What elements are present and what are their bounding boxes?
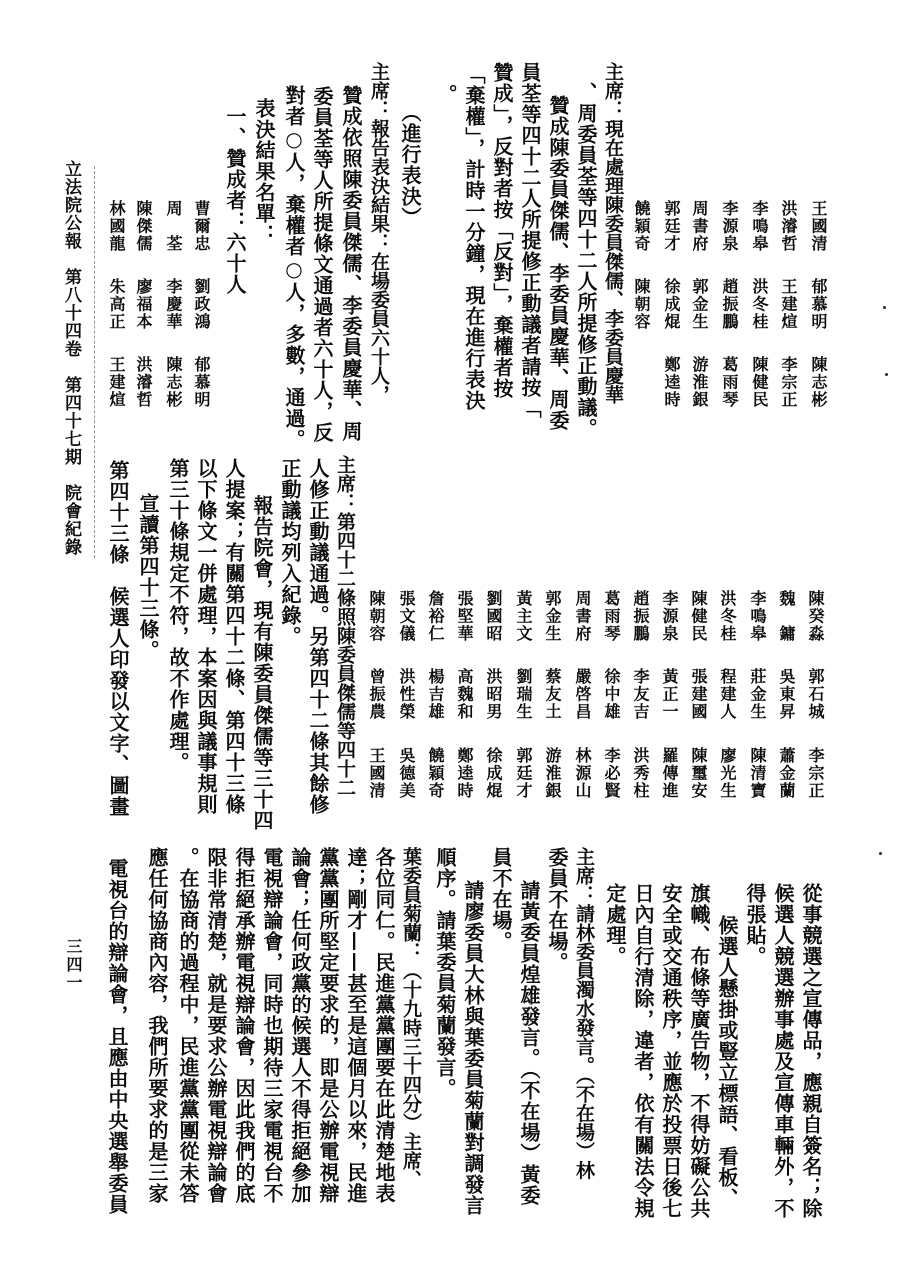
text-column: 應任何協商內容，我們所要求的是三家 [143, 847, 172, 1204]
text-column: 從事競選之宣傳品，應親自簽名；除 [797, 883, 826, 1219]
text-column: 電視辯論會，同時也期待三家電視台不 [258, 847, 287, 1204]
text-column: 安全或交通秩序，並應於投票日後七 [657, 883, 686, 1219]
text-column: 順序。請葉委員菊蘭發言。 [431, 847, 460, 1099]
text-column: 電視台的辯論會，且應由中央選舉委員 [103, 858, 132, 1215]
text-column: 達；剛才——甚至是這個月以來，民進 [342, 847, 371, 1204]
text-column: 各位同仁。民進黨黨團要在此清楚地表 [370, 847, 399, 1204]
text-column: 定處理。 [601, 883, 630, 967]
text-column: 請廖委員大林與葉委員菊蘭對調發言 [459, 880, 488, 1216]
text-column: 。在協商的過程中，民進黨黨團從未答 [174, 847, 203, 1204]
scan-speck [885, 373, 888, 376]
text-column: 日內自行清除，違者，依有關法令規 [629, 883, 658, 1219]
bottom-section: 從事競選之宣傳品，應親自簽名；除候選人競選辦事處及宣傳車輛外，不得張貼。候選人懸… [0, 0, 910, 1280]
scan-speck [879, 852, 882, 855]
text-column: 限非常清楚，就是要求公辦電視辯論會 [202, 847, 231, 1204]
text-column: 主席：請林委員濁水發言。（不在場）林 [571, 847, 598, 1180]
text-column: 候選人懸掛或豎立標語、看板、 [713, 915, 742, 1209]
text-column: 論會；任何政黨的候選人不得拒絕參加 [286, 847, 315, 1204]
gazette-scan-page: 立法院公報 第八十四卷 第四十七期 院會紀錄 三四一 王國清郁慕明陳志彬洪濬哲王… [0, 0, 910, 1280]
text-column: 葉委員菊蘭：（十九時三十四分）主席、 [398, 847, 425, 1189]
text-column: 請黃委員煌雄發言。（不在場）黃委 [515, 880, 544, 1206]
text-column: 得拒絕承辦電視辯論會，因此我們的底 [230, 847, 259, 1204]
text-column: 委員不在場。 [543, 847, 572, 973]
scan-speck [883, 306, 886, 309]
text-column: 得張貼。 [741, 883, 770, 967]
text-column: 員不在場。 [487, 847, 516, 952]
text-column: 旗幟、布條等廣告物，不得妨礙公共 [685, 883, 714, 1219]
text-column: 黨黨團所堅定要求的，即是公辦電視辯 [314, 847, 343, 1204]
text-column: 候選人競選辦事處及宣傳車輛外，不 [769, 883, 798, 1219]
scan-speck [637, 1197, 639, 1199]
